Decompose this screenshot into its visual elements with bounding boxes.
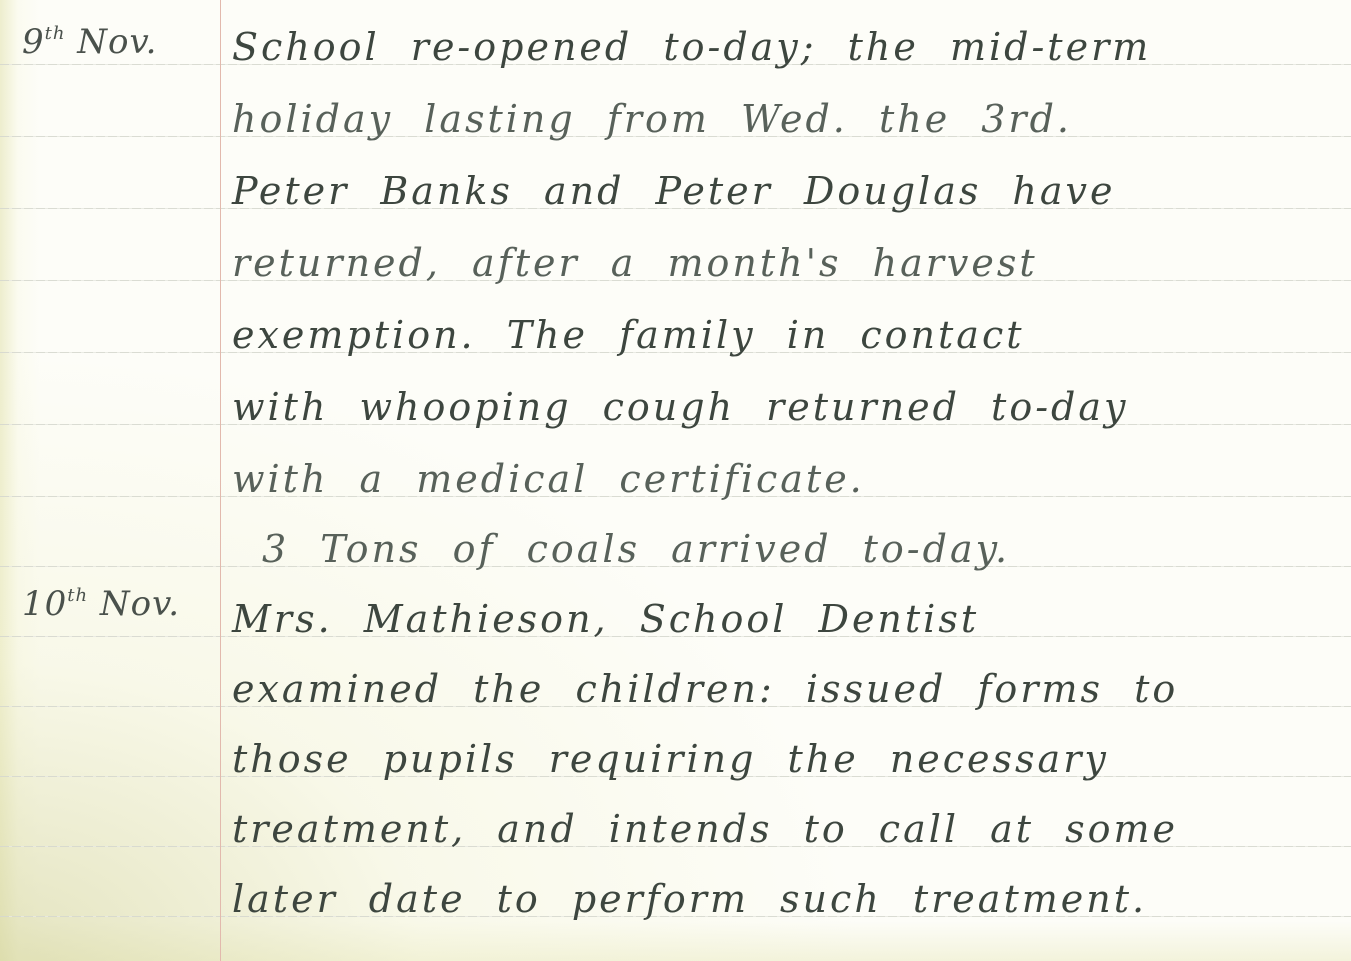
logbook-page: 9th Nov. School re-opened to-day; the mi…: [0, 0, 1351, 961]
margin-rule: [220, 0, 221, 961]
date-suffix: th: [45, 23, 66, 44]
entry-text-line: treatment, and intends to call at some: [232, 810, 1178, 848]
date-day: 10: [22, 584, 67, 624]
date-day: 9: [22, 22, 45, 62]
entry-text-line: 3 Tons of coals arrived to-day.: [262, 530, 1010, 568]
entry-date: 10th Nov.: [22, 584, 180, 624]
entry-text-line: School re-opened to-day; the mid-term: [232, 28, 1151, 66]
entry-text-line: holiday lasting from Wed. the 3rd.: [232, 100, 1072, 138]
entry-text-line: with whooping cough returned to-day: [232, 388, 1129, 426]
entry-text-line: those pupils requiring the necessary: [232, 740, 1109, 778]
entry-text-line: returned, after a month's harvest: [232, 244, 1038, 282]
date-month: Nov.: [100, 584, 180, 624]
entry-text-line: with a medical certificate.: [232, 460, 865, 498]
date-suffix: th: [67, 585, 88, 606]
entry-text-line: examined the children: issued forms to: [232, 670, 1178, 708]
entry-date: 9th Nov.: [22, 22, 157, 62]
entry-text-line: Peter Banks and Peter Douglas have: [232, 172, 1116, 210]
date-month: Nov.: [77, 22, 157, 62]
entry-text-line: later date to perform such treatment.: [232, 880, 1147, 918]
entry-text-line: exemption. The family in contact: [232, 316, 1025, 354]
entry-text-line: Mrs. Mathieson, School Dentist: [232, 600, 979, 638]
